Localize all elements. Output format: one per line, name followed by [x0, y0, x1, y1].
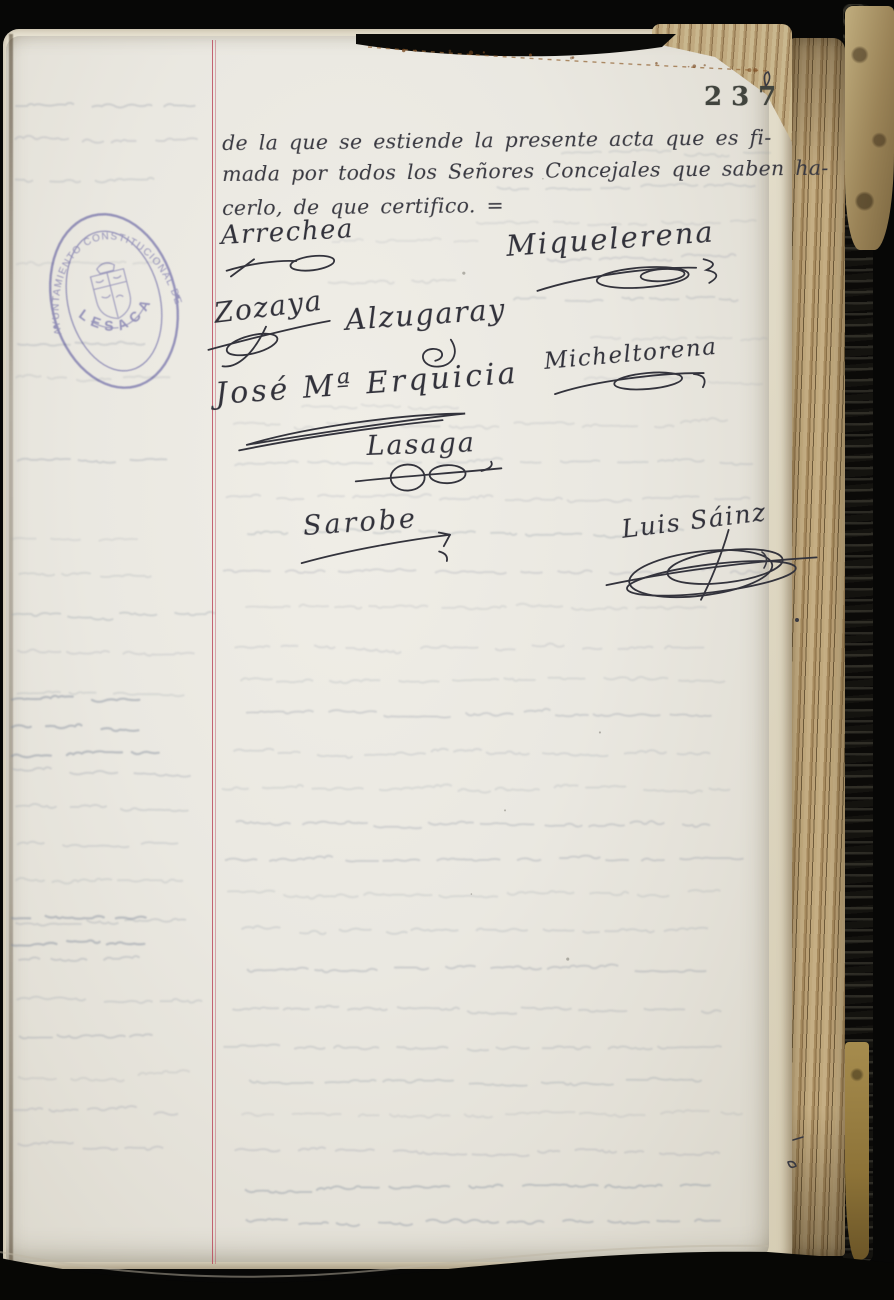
signature-flourish — [220, 247, 341, 283]
cover-corner-bottom — [845, 1042, 869, 1260]
act-text-line: cerlo, de que certifico. = — [222, 193, 504, 220]
signature-lasaga: Lasaga — [366, 427, 476, 462]
signature-flourish — [353, 456, 509, 503]
cover-corner-top — [845, 6, 894, 250]
page-number: 237 — [704, 82, 785, 112]
margin-rule-line — [212, 40, 213, 1264]
book-scan-photo: AYUNTAMIENTO CONSTITUCIONAL DE LESACA 23… — [0, 0, 894, 1300]
margin-rule-line-secondary — [215, 40, 216, 1264]
page-stack-fore-edge — [789, 38, 845, 1256]
signature-sarobe: Sarobe — [302, 503, 419, 542]
